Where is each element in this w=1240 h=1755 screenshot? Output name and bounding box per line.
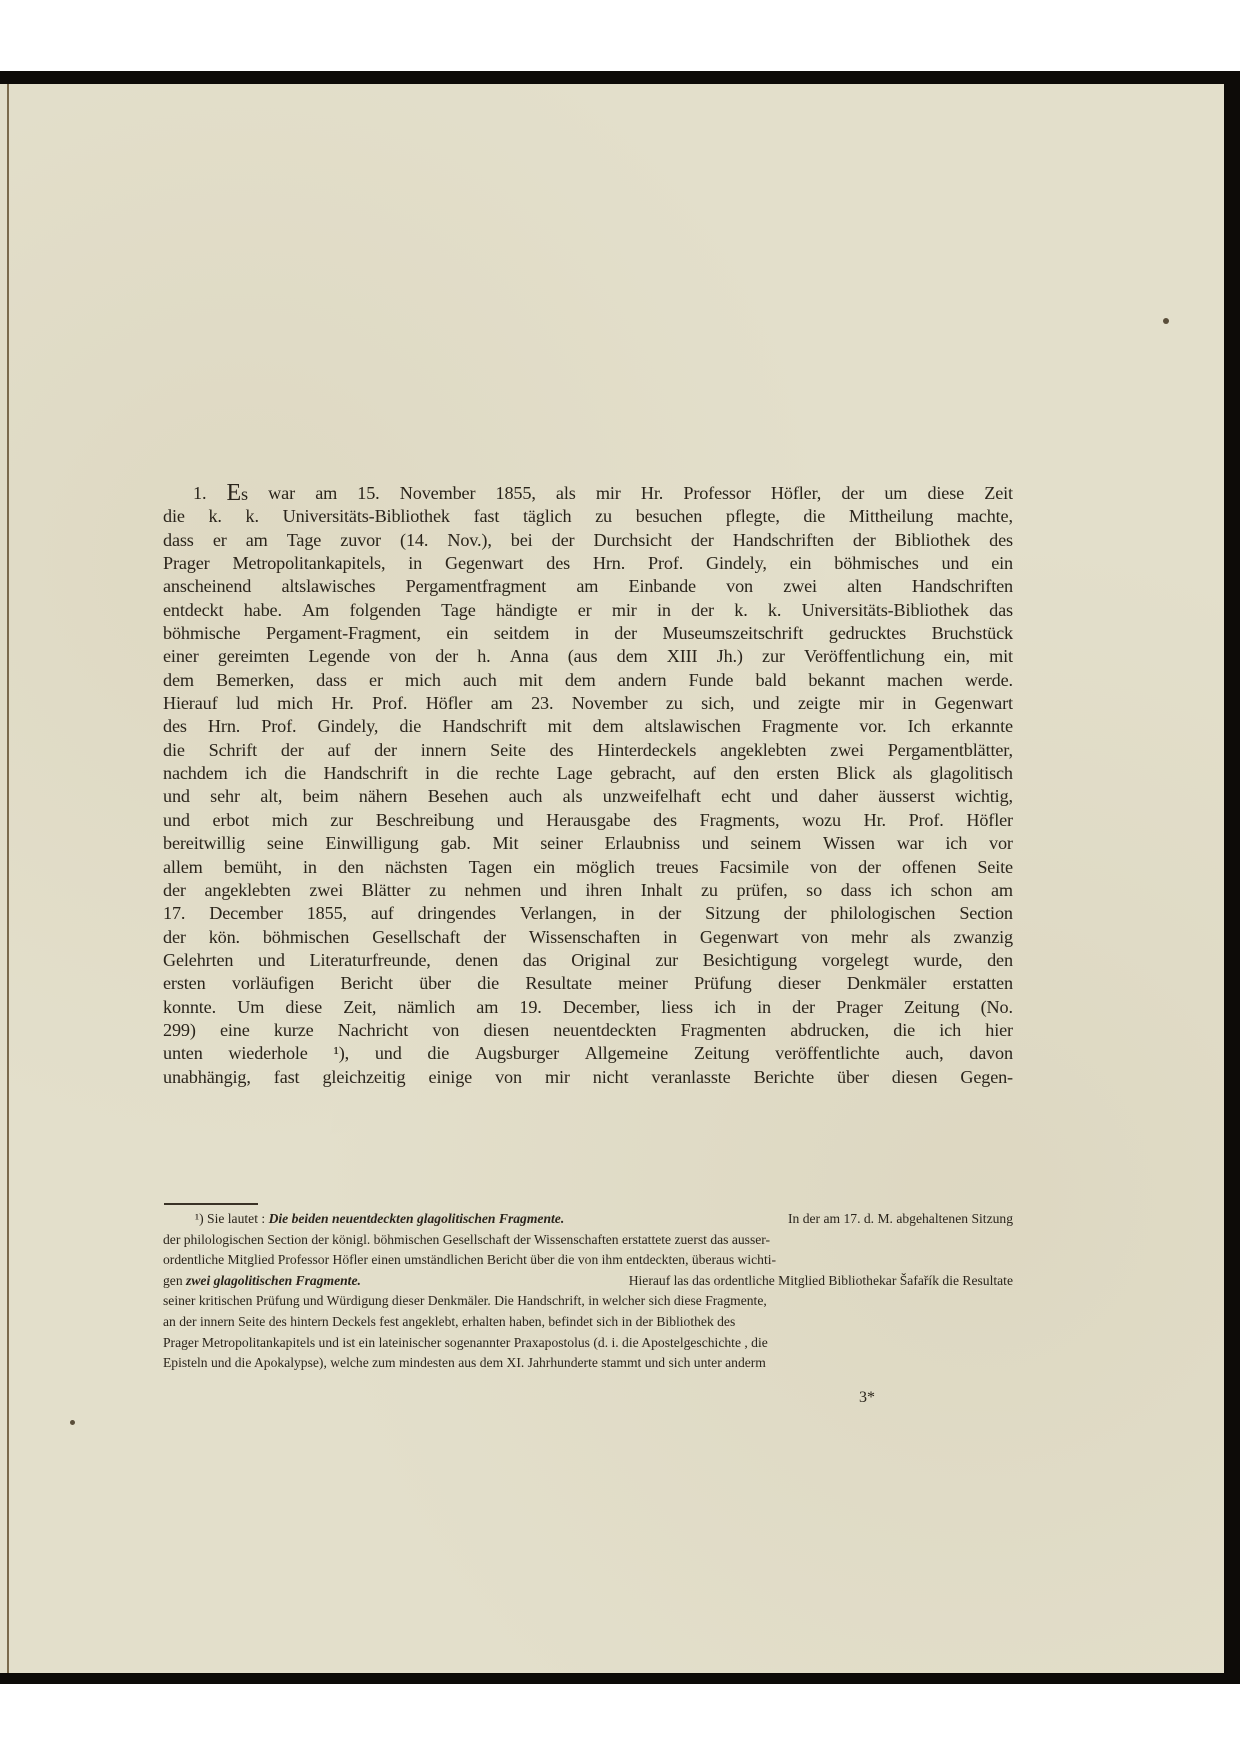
word: Seite <box>977 856 1013 879</box>
word: Augsburger <box>475 1042 559 1065</box>
word: andern <box>618 669 667 692</box>
word: seinem <box>750 832 801 855</box>
word: und <box>753 692 780 715</box>
word: kön. <box>209 926 240 949</box>
word: vor. <box>859 715 886 738</box>
word: die <box>477 972 499 995</box>
word: der <box>552 529 575 552</box>
footnote-line-text: Prager Metropolitankapitels und ist ein … <box>163 1333 768 1354</box>
word: zwei <box>830 739 864 762</box>
word: Pergamentfragment <box>406 575 547 598</box>
word: Handschrift <box>442 715 526 738</box>
word: Universitäts-Bibliothek <box>283 505 450 528</box>
word: Berichte <box>754 1066 814 1089</box>
word: Gesellschaft <box>372 926 460 949</box>
word: am <box>246 529 268 552</box>
word: und <box>771 785 798 808</box>
word: er <box>213 529 227 552</box>
word: Wissen <box>823 832 875 855</box>
word: mich <box>277 692 313 715</box>
word: als <box>893 762 913 785</box>
word: (No. <box>981 996 1013 1019</box>
word: vorläufigen <box>232 972 314 995</box>
word: angeklebten <box>720 739 806 762</box>
word: am <box>476 996 498 1019</box>
word: alt, <box>260 785 282 808</box>
word: meiner <box>618 972 668 995</box>
word: mit <box>548 715 572 738</box>
text-line: nachdemichdieHandschriftindierechteLageg… <box>163 762 1013 785</box>
text-line: konnte.UmdieseZeit,nämlicham19.December,… <box>163 996 1013 1019</box>
word: Hierauf <box>163 692 218 715</box>
word: 1855, <box>307 902 347 925</box>
word: Zeit, <box>343 996 376 1019</box>
word: auch <box>463 669 497 692</box>
text-line: diek.k.Universitäts-Bibliothekfasttäglic… <box>163 505 1013 528</box>
word: auch <box>509 785 543 808</box>
word: als <box>911 926 931 949</box>
word: einige <box>429 1066 473 1089</box>
word: seine <box>267 832 304 855</box>
word: Prager <box>836 996 883 1019</box>
word: in <box>408 552 422 575</box>
word: werde. <box>965 669 1013 692</box>
word: mit <box>519 669 543 692</box>
word: Gegen- <box>960 1066 1013 1089</box>
word: auf <box>371 902 394 925</box>
word: Pergament-Fragment, <box>266 622 421 645</box>
word: von <box>810 856 837 879</box>
word: Bruchstück <box>932 622 1013 645</box>
word: mir <box>596 482 621 505</box>
word: Fragmente <box>762 715 838 738</box>
word: der <box>841 482 864 505</box>
text-line: HieraufludmichHr.Prof.Höfleram23.Novembe… <box>163 692 1013 715</box>
word: daher <box>818 785 858 808</box>
word: Gegenwart <box>445 552 523 575</box>
word: wiederhole <box>228 1042 307 1065</box>
word: ein <box>533 856 555 879</box>
paper-speck <box>1163 318 1169 324</box>
word: mich <box>405 669 441 692</box>
word: hier <box>985 1019 1013 1042</box>
word: davon <box>969 1042 1013 1065</box>
word: denen <box>455 949 498 972</box>
word: habe. <box>244 599 282 622</box>
footnote-line: ordentliche Mitglied Professor Höfler ei… <box>163 1250 1013 1271</box>
word: dem <box>163 669 194 692</box>
word: des <box>989 529 1013 552</box>
word: ein, <box>944 645 970 668</box>
word: er <box>369 669 383 692</box>
word: k. <box>768 599 781 622</box>
word: um <box>884 482 907 505</box>
word: die <box>399 715 421 738</box>
word: fast <box>474 505 500 528</box>
word: sehr <box>210 785 240 808</box>
word: am <box>576 575 598 598</box>
word: von <box>495 1066 522 1089</box>
word: böhmischen <box>263 926 349 949</box>
word: das <box>523 949 547 972</box>
text-line: dieSchriftderaufderinnernSeitedesHinterd… <box>163 739 1013 762</box>
word: mehr <box>851 926 888 949</box>
word: Prof. <box>648 552 683 575</box>
text-line: böhmischePergament-Fragment,einseitdemin… <box>163 622 1013 645</box>
word: unten <box>163 1042 203 1065</box>
text-line: unabhängig,fastgleichzeitigeinigevonmirn… <box>163 1066 1013 1089</box>
word: Resultate <box>525 972 591 995</box>
word: des <box>163 715 187 738</box>
word: böhmische <box>163 622 240 645</box>
word: gleichzeitig <box>322 1066 405 1089</box>
word: von <box>432 1019 459 1042</box>
word: anscheinend <box>163 575 251 598</box>
text-line: derkön.böhmischenGesellschaftderWissensc… <box>163 926 1013 949</box>
footnote-italic: zwei glagolitischen Fragmente. <box>186 1273 361 1288</box>
word: treues <box>656 856 699 879</box>
word: vorgelegt <box>822 949 889 972</box>
word: der <box>691 599 714 622</box>
word: der <box>163 879 186 902</box>
word: November <box>400 482 476 505</box>
word: Prof. <box>372 692 407 715</box>
word: 15. <box>357 482 379 505</box>
word: in <box>657 599 671 622</box>
word: November <box>572 692 648 715</box>
word: die <box>284 762 306 785</box>
word: seitdem <box>494 622 550 645</box>
word: ein <box>790 552 812 575</box>
word: Einbande <box>628 575 695 598</box>
word: zur <box>330 809 353 832</box>
text-line: undsehralt,beimnähernBesehenauchalsunzwe… <box>163 785 1013 808</box>
word: Legende <box>308 645 370 668</box>
word: Verlangen, <box>520 902 597 925</box>
word: innern <box>421 739 467 762</box>
word: den <box>987 949 1013 972</box>
word: unzweifelhaft <box>603 785 701 808</box>
word: liess <box>661 996 693 1019</box>
word: und <box>497 809 524 832</box>
word: gebracht, <box>610 762 676 785</box>
footnote-line: gen zwei glagolitischen Fragmente. Hiera… <box>163 1271 1013 1292</box>
word: nämlich <box>398 996 456 1019</box>
word: war <box>897 832 924 855</box>
word: zu <box>666 692 683 715</box>
word: Hr. <box>864 809 886 832</box>
word: Schrift <box>209 739 257 762</box>
word: dass <box>316 669 347 692</box>
word: zur <box>655 949 678 972</box>
footnote-line-text: gen <box>163 1273 183 1288</box>
footnote-line-text: seiner kritischen Prüfung und Würdigung … <box>163 1291 767 1312</box>
word: ein <box>991 552 1013 575</box>
text-line: entdeckthabe.AmfolgendenTagehändigteermi… <box>163 599 1013 622</box>
word: ich <box>714 996 736 1019</box>
word: Professor <box>683 482 750 505</box>
word: nehmen <box>465 879 522 902</box>
word: des <box>550 739 574 762</box>
word: kurze <box>274 1019 314 1042</box>
word: der <box>483 926 506 949</box>
word: böhmisches <box>834 552 918 575</box>
word: und <box>163 785 190 808</box>
word: von <box>389 645 416 668</box>
word: Mittheilung <box>849 505 933 528</box>
word: mit <box>989 645 1013 668</box>
word: bald <box>755 669 786 692</box>
word: und <box>540 879 567 902</box>
word: gereimten <box>218 645 289 668</box>
word: Gindely, <box>318 715 379 738</box>
word: unabhängig, <box>163 1066 251 1089</box>
word: glagolitisch <box>930 762 1013 785</box>
word: in <box>303 856 317 879</box>
word: diesen <box>483 1019 529 1042</box>
word: (14. <box>400 529 428 552</box>
word: der <box>374 739 397 762</box>
word: äusserst <box>878 785 934 808</box>
word: veranlasste <box>651 1066 730 1089</box>
word: altslawischen <box>645 715 741 738</box>
word: ich <box>939 1019 961 1042</box>
footnote-line: ¹) Sie lautet : Die beiden neuentdeckten… <box>163 1209 1013 1230</box>
word: angeklebten <box>204 879 290 902</box>
word: gab. <box>440 832 470 855</box>
word: nicht <box>593 1066 629 1089</box>
word: 17. <box>163 902 185 925</box>
text-line: allembemüht,indennächstenTageneinmöglich… <box>163 856 1013 879</box>
word: zeigte <box>798 692 841 715</box>
word: bereitwillig <box>163 832 245 855</box>
word: ihren <box>585 879 622 902</box>
word: zwanzig <box>953 926 1013 949</box>
word: der <box>853 529 876 552</box>
word: neuentdeckten <box>553 1019 656 1042</box>
word: Allgemeine <box>585 1042 668 1065</box>
word: Prof. <box>909 809 944 832</box>
word: bemüht, <box>224 856 282 879</box>
word: Section <box>959 902 1013 925</box>
word: gedrucktes <box>829 622 906 645</box>
word: ein <box>446 622 468 645</box>
footnote-line: an der innern Seite des hintern Deckels … <box>163 1312 1013 1333</box>
word: dem <box>565 669 596 692</box>
footnote-rule <box>164 1203 258 1205</box>
footnote-line: Prager Metropolitankapitels und ist ein … <box>163 1333 1013 1354</box>
word: lud <box>236 692 259 715</box>
word: Inhalt <box>641 879 683 902</box>
footnote-line-text: ordentliche Mitglied Professor Höfler ei… <box>163 1250 776 1271</box>
signature-mark: 3* <box>859 1389 875 1407</box>
word: Handschriften <box>733 529 834 552</box>
word: der <box>658 902 681 925</box>
word: auf <box>693 762 716 785</box>
text-line: bereitwilligseineEinwilligunggab.Mitsein… <box>163 832 1013 855</box>
text-line: untenwiederhole¹),unddieAugsburgerAllgem… <box>163 1042 1013 1065</box>
word: Herausgabe <box>546 809 630 832</box>
word: ich <box>890 879 912 902</box>
word: in <box>575 622 589 645</box>
word: Erlaubniss <box>605 832 680 855</box>
word: altslawisches <box>281 575 375 598</box>
word: des <box>546 552 570 575</box>
word: über <box>419 972 451 995</box>
word: allem <box>163 856 203 879</box>
word: ersten <box>777 762 820 785</box>
word: am <box>991 879 1013 902</box>
page-edge-line <box>7 84 9 1673</box>
word: XIII <box>667 645 698 668</box>
word: und <box>258 949 285 972</box>
word: die <box>456 762 478 785</box>
word: nachdem <box>163 762 228 785</box>
word: Gegenwart <box>700 926 778 949</box>
main-text: 1.Eswaram15.November1855,alsmirHr.Profes… <box>163 482 1013 1089</box>
word: Handschriften <box>912 575 1013 598</box>
section-number: 1. <box>193 482 206 505</box>
word: Einwilligung <box>325 832 418 855</box>
text-line: anscheinendaltslawischesPergamentfragmen… <box>163 575 1013 598</box>
word: dass <box>163 529 194 552</box>
word: der <box>691 529 714 552</box>
footnote-line-text: Hierauf las das ordentliche Mitglied Bib… <box>629 1271 1013 1292</box>
word: und <box>375 1042 402 1065</box>
word: Zeitung <box>904 996 960 1019</box>
word: Prof. <box>261 715 296 738</box>
word: k. <box>208 505 221 528</box>
word: wozu <box>802 809 841 832</box>
text-line: underbotmichzurBeschreibungundHerausgabe… <box>163 809 1013 832</box>
word: der <box>784 902 807 925</box>
word: abdrucken, <box>790 1019 869 1042</box>
word: Original <box>571 949 630 972</box>
word: Veröffentlichung <box>804 645 925 668</box>
word: über <box>837 1066 869 1089</box>
word: war <box>268 482 295 505</box>
word: dass <box>841 879 872 902</box>
word: Gindely, <box>706 552 767 575</box>
word: und <box>163 809 190 832</box>
text-line: einergereimtenLegendevonderh.Anna(ausdem… <box>163 645 1013 668</box>
word: ¹), <box>333 1042 349 1065</box>
word: entdeckt <box>163 599 223 622</box>
word: Lage <box>557 762 593 785</box>
word: des <box>653 809 677 832</box>
text-line: PragerMetropolitankapitels,inGegenwartde… <box>163 552 1013 575</box>
word: Denkmäler <box>847 972 926 995</box>
word: Nachricht <box>338 1019 408 1042</box>
word: Gegenwart <box>934 692 1012 715</box>
word: Blick <box>837 762 876 785</box>
word: mir <box>859 692 884 715</box>
paper-speck <box>70 1420 75 1425</box>
footnote-line: Episteln und die Apokalypse), welche zum… <box>163 1353 1013 1374</box>
word: wichtig, <box>955 785 1013 808</box>
word: December <box>209 902 283 925</box>
word: Zeitung <box>694 1042 750 1065</box>
word: Tage <box>441 599 475 622</box>
text-line: dasseramTagezuvor(14.Nov.),beiderDurchsi… <box>163 529 1013 552</box>
word: die <box>893 1019 915 1042</box>
word: die <box>803 505 825 528</box>
word: (aus <box>568 645 598 668</box>
word: diesen <box>892 1066 938 1089</box>
word: mich <box>272 809 308 832</box>
word: veröffentlichte <box>775 1042 879 1065</box>
word: k. <box>246 505 259 528</box>
word: er <box>578 599 592 622</box>
footnote: ¹) Sie lautet : Die beiden neuentdeckten… <box>163 1209 1013 1374</box>
word: Hr. <box>641 482 663 505</box>
word: der <box>614 622 637 645</box>
word: Höfler <box>966 809 1013 832</box>
word: der <box>435 645 458 668</box>
word: Besichtigung <box>703 949 797 972</box>
word: besuchen <box>636 505 702 528</box>
word: Mit <box>493 832 519 855</box>
word: vor <box>989 832 1013 855</box>
word: December, <box>563 996 640 1019</box>
word: pflegte, <box>726 505 780 528</box>
word: seiner <box>540 832 583 855</box>
word: schon <box>931 879 973 902</box>
word: Hinterdeckels <box>597 739 696 762</box>
footnote-line-text: der philologischen Section der königl. b… <box>163 1230 770 1251</box>
text-line: 17.December1855,aufdringendesVerlangen,i… <box>163 902 1013 925</box>
word: folgenden <box>349 599 420 622</box>
word: händigte <box>496 599 557 622</box>
word: von <box>801 926 828 949</box>
text-line: erstenvorläufigenBerichtüberdieResultate… <box>163 972 1013 995</box>
word: Am <box>302 599 329 622</box>
word: Metropolitankapitels, <box>232 552 385 575</box>
word: philologischen <box>830 902 935 925</box>
text-line: 299)einekurzeNachrichtvondiesenneuentdec… <box>163 1019 1013 1042</box>
word: zu <box>429 879 446 902</box>
word: auf <box>328 739 351 762</box>
word: die <box>163 505 185 528</box>
word: den <box>733 762 759 785</box>
word: von <box>726 575 753 598</box>
word: in <box>621 902 635 925</box>
word: Höfler <box>426 692 473 715</box>
word: dringendes <box>418 902 496 925</box>
word: dem <box>593 715 624 738</box>
word: Sitzung <box>705 902 760 925</box>
word: Bericht <box>340 972 392 995</box>
word: Besehen <box>428 785 489 808</box>
word: so <box>806 879 822 902</box>
word: eine <box>220 1019 250 1042</box>
text-line: GelehrtenundLiteraturfreunde,denendasOri… <box>163 949 1013 972</box>
word: diese <box>285 996 322 1019</box>
word: Prüfung <box>694 972 752 995</box>
footnote-line-text: an der innern Seite des hintern Deckels … <box>163 1312 735 1333</box>
word: Prager <box>163 552 210 575</box>
word: Ich <box>908 715 931 738</box>
word: dieser <box>778 972 821 995</box>
word: auch, <box>905 1042 943 1065</box>
word: Bemerken, <box>216 669 294 692</box>
word: die <box>163 739 185 762</box>
word: bei <box>511 529 533 552</box>
word: Jh.) <box>717 645 743 668</box>
word: ich <box>245 762 267 785</box>
word: Facsimile <box>720 856 789 879</box>
word: Bibliothek <box>895 529 970 552</box>
